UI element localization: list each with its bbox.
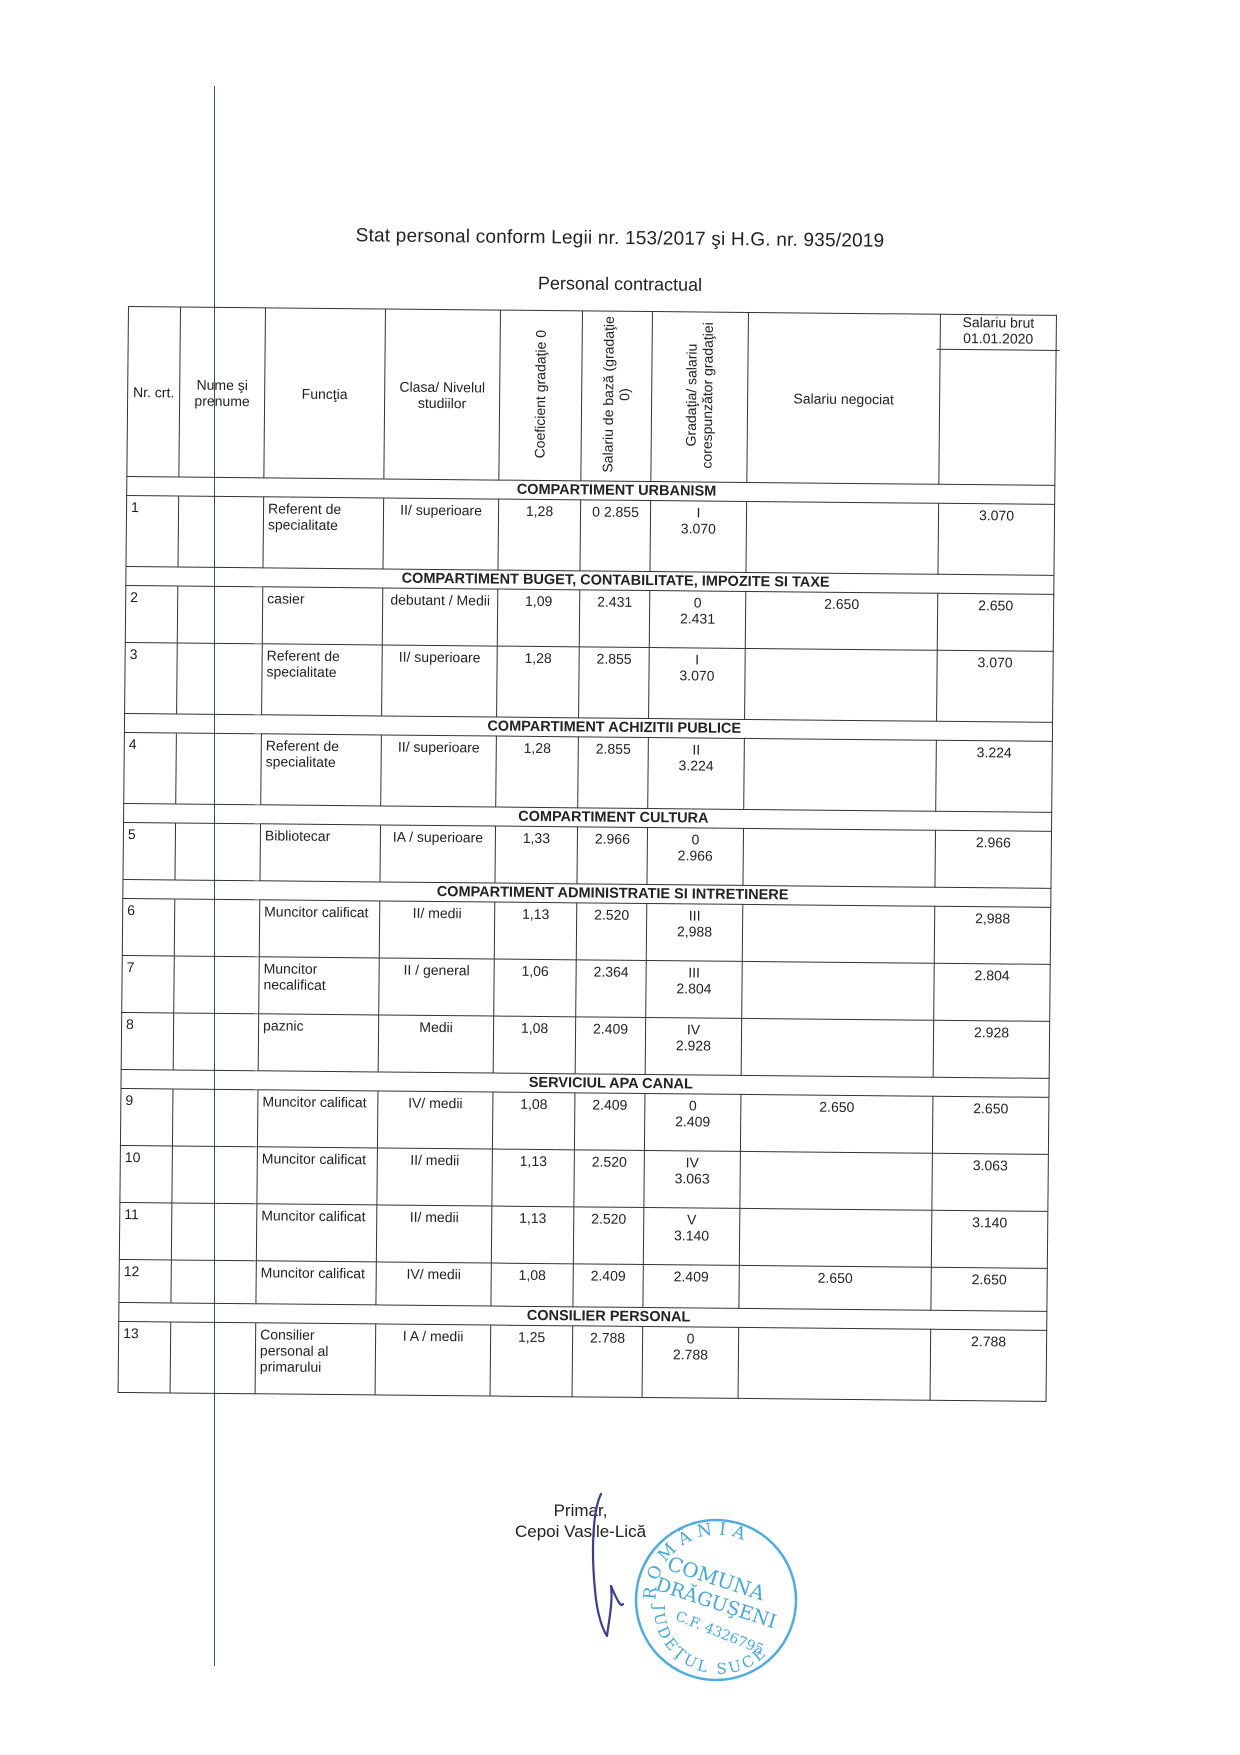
cell-class: IV/ medii bbox=[377, 1091, 493, 1149]
cell-coef: 1,13 bbox=[491, 1206, 574, 1264]
cell-negotiated bbox=[744, 738, 937, 811]
grade-label: V bbox=[648, 1211, 735, 1228]
cell-base-salary: 2.520 bbox=[573, 1207, 644, 1265]
section-spacer bbox=[124, 713, 176, 732]
grade-salary-value: 3.224 bbox=[653, 757, 740, 774]
cell-grade-salary: V3.140 bbox=[643, 1207, 740, 1265]
cell-gross: 2.966 bbox=[935, 830, 1052, 888]
cell-negotiated bbox=[743, 828, 936, 887]
grade-salary-value: 3.140 bbox=[648, 1227, 735, 1244]
table-row: 1Referent de specialitateII/ superioare1… bbox=[126, 495, 1055, 575]
cell-gross: 3.063 bbox=[932, 1153, 1049, 1211]
cell-negotiated bbox=[741, 1018, 934, 1077]
cell-coef: 1,13 bbox=[494, 902, 577, 960]
cell-coef: 1,28 bbox=[496, 736, 579, 808]
cell-name bbox=[175, 823, 261, 881]
cell-nr: 3 bbox=[125, 642, 178, 713]
cell-function: Consilier personal al primarului bbox=[255, 1323, 376, 1395]
staff-table: Nr. crt. Nume şi prenume Funcţia Clasa/ … bbox=[118, 306, 1057, 1402]
cell-class: debutant / Medii bbox=[382, 588, 498, 646]
header-coef: Coeficient gradaţie 0 bbox=[499, 310, 583, 481]
cell-negotiated bbox=[745, 648, 938, 721]
cell-grade-salary: III2.804 bbox=[646, 961, 743, 1019]
cell-nr: 12 bbox=[119, 1259, 171, 1302]
cell-class: II/ medii bbox=[377, 1148, 493, 1206]
grade-salary-value: 3.070 bbox=[655, 520, 742, 537]
cell-grade-salary: II3.224 bbox=[648, 738, 745, 810]
cell-function: casier bbox=[262, 587, 383, 645]
cell-nr: 9 bbox=[120, 1088, 173, 1145]
cell-nr: 7 bbox=[122, 955, 175, 1012]
cell-function: Bibliotecar bbox=[260, 824, 381, 882]
cell-coef: 1,08 bbox=[491, 1263, 573, 1307]
cell-grade-salary: I3.070 bbox=[650, 501, 747, 573]
cell-class: II/ superioare bbox=[381, 735, 497, 807]
cell-gross: 2.650 bbox=[931, 1267, 1047, 1311]
table-row: 3Referent de specialitateII/ superioare1… bbox=[125, 642, 1054, 722]
grade-label: IV bbox=[649, 1154, 736, 1171]
cell-name bbox=[171, 1203, 257, 1261]
cell-class: II/ medii bbox=[379, 901, 495, 959]
grade-label: 0 bbox=[652, 831, 739, 848]
cell-name bbox=[178, 496, 264, 568]
cell-name bbox=[170, 1322, 256, 1394]
table-row: 7Muncitor necalificatII / general1,062.3… bbox=[122, 955, 1051, 1021]
grade-label: 0 bbox=[654, 594, 741, 611]
cell-name bbox=[177, 586, 263, 644]
section-spacer bbox=[127, 476, 179, 495]
grade-label: 0 bbox=[649, 1097, 736, 1114]
cell-gross: 2.804 bbox=[934, 963, 1051, 1021]
header-grade-salary: Gradaţia/ salariu corespunzător gradaţie… bbox=[651, 312, 749, 483]
cell-name bbox=[172, 1146, 258, 1204]
cell-base-salary: 2.520 bbox=[576, 903, 647, 961]
header-function: Funcţia bbox=[264, 308, 386, 479]
cell-class: IV/ medii bbox=[376, 1262, 491, 1306]
cell-coef: 1,28 bbox=[497, 646, 580, 718]
cell-coef: 1,09 bbox=[497, 589, 580, 647]
cell-nr: 11 bbox=[119, 1202, 172, 1259]
grade-salary-value: 2,988 bbox=[651, 923, 738, 940]
grade-label: III bbox=[651, 964, 738, 981]
cell-base-salary: 2.409 bbox=[573, 1264, 643, 1308]
grade-salary-value: 2.928 bbox=[650, 1037, 737, 1054]
header-nr: Nr. crt. bbox=[127, 307, 181, 477]
cell-gross: 2.928 bbox=[933, 1020, 1050, 1078]
grade-salary-value: 2.409 bbox=[648, 1268, 735, 1285]
cell-gross: 3.140 bbox=[931, 1210, 1048, 1268]
cell-function: Referent de specialitate bbox=[261, 734, 382, 806]
cell-grade-salary: I3.070 bbox=[649, 648, 746, 720]
grade-label: III bbox=[651, 907, 738, 924]
grade-label: II bbox=[653, 741, 740, 758]
cell-function: Muncitor calificat bbox=[257, 1090, 378, 1148]
header-gross: Salariu brut 01.01.2020 bbox=[939, 314, 1057, 485]
cell-negotiated bbox=[742, 904, 935, 963]
cell-function: Referent de specialitate bbox=[262, 644, 383, 716]
cell-gross: 2.788 bbox=[930, 1329, 1047, 1401]
cell-base-salary: 2.409 bbox=[574, 1093, 645, 1151]
grade-salary-value: 2.804 bbox=[650, 980, 737, 997]
staff-table-body: COMPARTIMENT URBANISM1Referent de specia… bbox=[118, 476, 1055, 1401]
cell-gross: 2.650 bbox=[937, 593, 1054, 651]
header-name: Nume şi prenume bbox=[179, 307, 266, 478]
cell-gross: 3.070 bbox=[937, 650, 1054, 722]
table-row: 8paznicMedii1,082.409IV2.9282.928 bbox=[121, 1012, 1050, 1078]
cell-nr: 10 bbox=[120, 1145, 173, 1202]
cell-base-salary: 2.364 bbox=[576, 960, 647, 1018]
cell-base-salary: 0 2.855 bbox=[580, 500, 651, 572]
cell-gross: 3.070 bbox=[938, 503, 1055, 575]
cell-nr: 5 bbox=[123, 822, 176, 879]
cell-coef: 1,08 bbox=[493, 1016, 576, 1074]
cell-name bbox=[171, 1260, 256, 1304]
cell-negotiated bbox=[738, 1327, 931, 1400]
table-row: 4Referent de specialitateII/ superioare1… bbox=[124, 732, 1053, 812]
cell-coef: 1,06 bbox=[494, 959, 577, 1017]
grade-label: 0 bbox=[647, 1330, 734, 1347]
cell-class: Medii bbox=[378, 1015, 494, 1073]
cell-name bbox=[173, 1013, 259, 1071]
cell-negotiated bbox=[740, 1151, 933, 1210]
cell-grade-salary: IV3.063 bbox=[644, 1150, 741, 1208]
cell-negotiated bbox=[742, 961, 935, 1020]
header-base-salary: Salariu de bază (gradaţie 0) bbox=[581, 311, 653, 482]
cell-base-salary: 2.855 bbox=[579, 647, 650, 719]
grade-salary-value: 3.063 bbox=[649, 1170, 736, 1187]
table-row: 2casierdebutant / Medii1,092.43102.4312.… bbox=[125, 585, 1054, 651]
cell-class: IA / superioare bbox=[380, 825, 496, 883]
cell-gross: 3.224 bbox=[936, 740, 1053, 812]
cell-grade-salary: III2,988 bbox=[646, 904, 743, 962]
cell-name bbox=[174, 899, 260, 957]
grade-label: IV bbox=[650, 1021, 737, 1038]
section-spacer bbox=[119, 1302, 171, 1321]
grade-label: I bbox=[654, 651, 741, 668]
cell-grade-salary: 02.409 bbox=[644, 1093, 741, 1151]
table-row: 9Muncitor calificatIV/ medii1,082.40902.… bbox=[120, 1088, 1049, 1154]
header-row: Nr. crt. Nume şi prenume Funcţia Clasa/ … bbox=[127, 307, 1057, 486]
cell-nr: 1 bbox=[126, 495, 179, 566]
section-spacer bbox=[123, 879, 175, 898]
cell-base-salary: 2.520 bbox=[574, 1150, 645, 1208]
table-row: 13Consilier personal al primaruluiI A / … bbox=[118, 1321, 1047, 1401]
cell-base-salary: 2.788 bbox=[572, 1326, 643, 1398]
table-row: 10Muncitor calificatII/ medii1,132.520IV… bbox=[120, 1145, 1049, 1211]
cell-nr: 4 bbox=[124, 732, 177, 803]
cell-coef: 1,28 bbox=[498, 499, 581, 571]
grade-salary-value: 2.788 bbox=[647, 1346, 734, 1363]
header-negotiated: Salariu negociat bbox=[747, 312, 941, 484]
cell-function: Muncitor necalificat bbox=[259, 957, 380, 1015]
cell-negotiated: 2.650 bbox=[739, 1265, 931, 1310]
cell-nr: 13 bbox=[118, 1321, 171, 1392]
cell-function: paznic bbox=[258, 1014, 379, 1072]
cell-function: Muncitor calificat bbox=[257, 1147, 378, 1205]
cell-class: I A / medii bbox=[375, 1324, 491, 1396]
cell-function: Muncitor calificat bbox=[259, 900, 380, 958]
cell-base-salary: 2.855 bbox=[578, 737, 649, 809]
staff-table-container: Nr. crt. Nume şi prenume Funcţia Clasa/ … bbox=[118, 306, 1056, 1402]
table-row: 6Muncitor calificatII/ medii1,132.520III… bbox=[122, 898, 1051, 964]
cell-grade-salary: 02.788 bbox=[642, 1326, 739, 1398]
cell-base-salary: 2.966 bbox=[577, 827, 648, 885]
grade-salary-value: 2.431 bbox=[654, 610, 741, 627]
cell-base-salary: 2.409 bbox=[575, 1017, 646, 1075]
table-row: 11Muncitor calificatII/ medii1,132.520V3… bbox=[119, 1202, 1048, 1268]
cell-negotiated bbox=[746, 501, 939, 574]
cell-negotiated bbox=[739, 1208, 932, 1267]
section-spacer bbox=[126, 566, 178, 585]
cell-function: Referent de specialitate bbox=[263, 497, 384, 569]
cell-name bbox=[177, 643, 263, 715]
grade-salary-value: 2.409 bbox=[649, 1113, 736, 1130]
section-spacer bbox=[121, 1069, 173, 1088]
section-spacer bbox=[124, 803, 176, 822]
cell-coef: 1,08 bbox=[492, 1092, 575, 1150]
cell-function: Muncitor calificat bbox=[256, 1261, 376, 1305]
cell-class: II/ superioare bbox=[382, 645, 498, 717]
cell-grade-salary: 2.409 bbox=[643, 1264, 739, 1308]
cell-class: II/ superioare bbox=[383, 498, 499, 570]
cell-coef: 1,33 bbox=[495, 826, 578, 884]
cell-negotiated: 2.650 bbox=[745, 591, 938, 650]
document-subtitle: Personal contractual bbox=[0, 268, 1240, 302]
cell-base-salary: 2.431 bbox=[579, 590, 650, 648]
cell-coef: 1,13 bbox=[492, 1149, 575, 1207]
cell-negotiated: 2.650 bbox=[740, 1094, 933, 1153]
table-row: 5BibliotecarIA / superioare1,332.96602.9… bbox=[123, 822, 1052, 888]
header-class: Clasa/ Nivelul studiilor bbox=[384, 309, 501, 480]
cell-grade-salary: 02.966 bbox=[647, 828, 744, 886]
cell-function: Muncitor calificat bbox=[256, 1204, 377, 1262]
cell-name bbox=[174, 956, 260, 1014]
cell-class: II / general bbox=[379, 958, 495, 1016]
cell-nr: 2 bbox=[125, 585, 178, 642]
document-title: Stat personal conform Legii nr. 153/2017… bbox=[0, 222, 1240, 257]
cell-nr: 6 bbox=[122, 898, 175, 955]
cell-grade-salary: IV2.928 bbox=[645, 1018, 742, 1076]
cell-nr: 8 bbox=[121, 1012, 174, 1069]
cell-name bbox=[176, 733, 262, 805]
cell-grade-salary: 02.431 bbox=[649, 591, 746, 649]
cell-gross: 2,988 bbox=[934, 906, 1051, 964]
grade-salary-value: 3.070 bbox=[653, 667, 740, 684]
grade-label: I bbox=[655, 504, 742, 521]
cell-gross: 2.650 bbox=[932, 1096, 1049, 1154]
cell-coef: 1,25 bbox=[490, 1325, 573, 1397]
cell-name bbox=[172, 1089, 258, 1147]
cell-class: II/ medii bbox=[376, 1205, 492, 1263]
official-stamp-icon: ROMÂNIA COMUNA DRĂGUŞENI C.F. 4326795 JU… bbox=[626, 1505, 806, 1685]
grade-salary-value: 2.966 bbox=[652, 847, 739, 864]
